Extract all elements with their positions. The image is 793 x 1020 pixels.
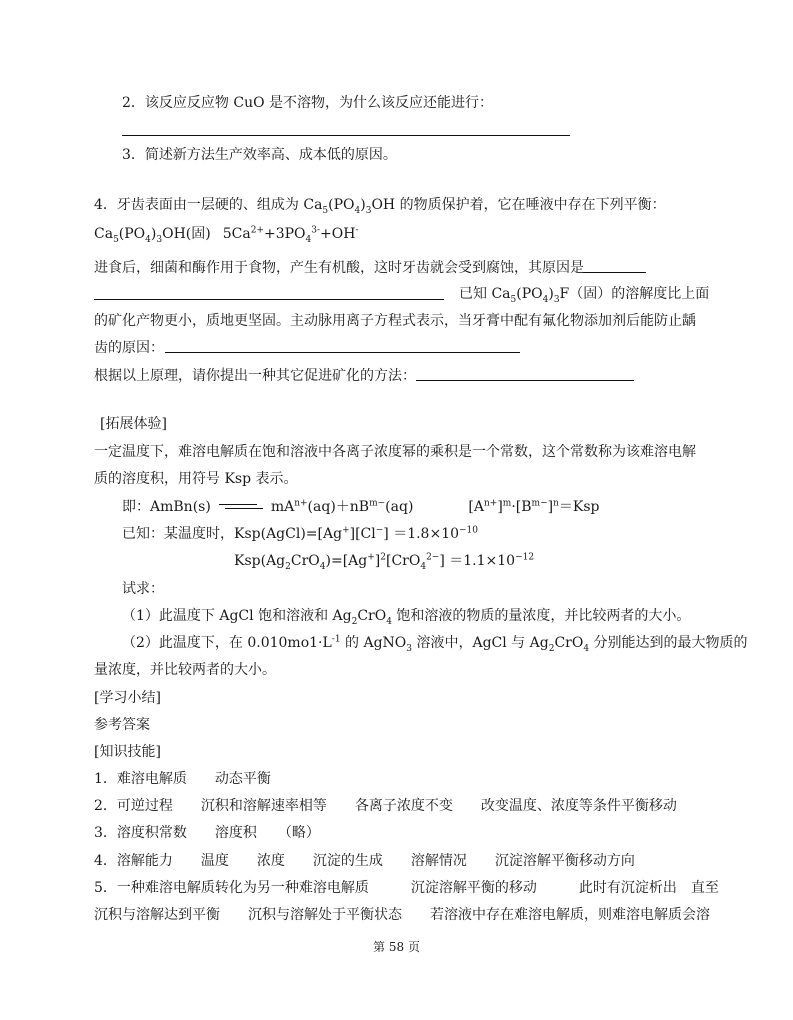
question-4-intro: 4．牙齿表面由一层硬的、组成为 Ca5(PO4)3OH 的物质保护着，它在唾液中… [94,196,666,214]
ksp-agcl: 已知：某温度时，Ksp(AgCl)=[Ag+][Cl−] ＝1.8×10−10 [122,525,478,543]
question-4-line3: 进食后，细菌和酶作用于食物，产生有机酸，这时牙齿就会受到腐蚀，其原因是 [94,259,584,277]
skills-heading: [知识技能] [94,743,161,761]
equilibrium-equation: Ca5(PO4)3OH(固)5Ca2++3PO43-+OH- [94,225,359,243]
question-4-line5: 的矿化产物更小，质地更坚固。主动脉用离子方程式表示，当牙膏中配有氟化物添加剂后能… [94,312,696,330]
question-4-line6: 齿的原因： [94,339,164,357]
ask-label: 试求： [122,580,164,598]
extension-heading: [拓展体验] [100,415,167,433]
ksp-definition-equation: 即：AmBn(s)mAn+(aq)＋nBm−(aq)[An+]m·[Bm−]n＝… [122,498,600,516]
answer-item: 2．可逆过程 沉积和溶解速率相等 各离子浓度不变 改变温度、浓度等条件平衡移动 [94,797,677,815]
answers-heading: 参考答案 [94,716,150,734]
question-3: 3．简述新方法生产效率高、成本低的原因。 [122,146,397,164]
answer-line-q4-c[interactable] [165,352,520,353]
answer-item: 沉积与溶解达到平衡 沉积与溶解处于平衡状态 若溶液中存在难溶电解质，则难溶电解质… [94,906,710,924]
extension-paragraph-1: 一定温度下，难溶电解质在饱和溶液中各离子浓度幂的乘积是一个常数，这个常数称为该难… [94,443,696,461]
answer-line-q4-d[interactable] [416,380,634,381]
extension-paragraph-2: 质的溶度积，用符号 Ksp 表示。 [94,470,298,488]
page-number: 第 58 页 [0,939,793,955]
answer-line-q2[interactable] [122,135,570,136]
sub-question-1: （1）此温度下 AgCl 饱和溶液和 Ag2CrO4 饱和溶液的物质的量浓度，并… [122,607,690,625]
answer-item: 1．难溶电解质 动态平衡 [94,770,271,788]
sub-question-2-cont: 量浓度，并比较两者的大小。 [94,661,276,679]
sub-question-2: （2）此温度下，在 0.010mo1·L-1 的 AgNO3 溶液中，AgCl … [122,634,748,652]
question-4-line4: 已知 Ca5(PO4)3F（固）的溶解度比上面 [459,285,709,303]
answer-item: 3．溶度积常数 溶度积 （略） [94,824,320,842]
answer-line-q4-a[interactable] [583,272,646,273]
equilibrium-arrow-icon [219,502,263,512]
summary-heading: [学习小结] [94,689,161,707]
answer-item: 4．溶解能力 温度 浓度 沉淀的生成 溶解情况 沉淀溶解平衡移动方向 [94,852,635,870]
question-4-line7: 根据以上原理，请你提出一种其它促进矿化的方法： [94,367,416,385]
answer-item: 5．一种难溶电解质转化为另一种难溶电解质 沉淀溶解平衡的移动 此时有沉淀析出 直… [94,879,719,897]
answer-line-q4-b[interactable] [94,299,444,300]
question-2: 2．该反应反应物 CuO 是不溶物，为什么该反应还能进行： [122,94,493,112]
ksp-ag2cro4: Ksp(Ag2CrO4)=[Ag+]2[CrO42−] ＝1.1×10−12 [234,552,534,570]
